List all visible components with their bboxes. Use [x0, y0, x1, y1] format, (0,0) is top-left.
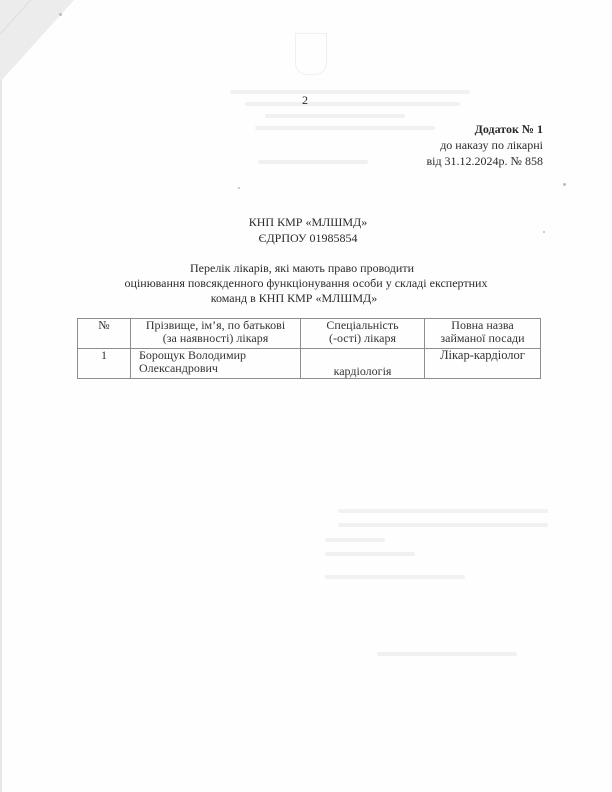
page-number: 2 — [302, 93, 308, 107]
header-specialty: Спеціальність (-ості) лікаря — [301, 319, 425, 349]
show-through-line — [265, 114, 405, 118]
header-number-label: № — [98, 318, 109, 332]
show-through-line — [377, 652, 517, 656]
show-through-line — [325, 552, 415, 556]
appendix-order-date: від 31.12.2024р. № 858 — [426, 154, 543, 168]
table-row: 1 Борощук Володимир Олександрович кардіо… — [78, 349, 541, 379]
doctors-table: № Прізвище, ім’я, по батькові (за наявно… — [77, 318, 541, 379]
document-page: 2 Додаток № 1 до наказу по лікарні від 3… — [0, 0, 612, 792]
folded-corner — [0, 0, 74, 82]
table-header-row: № Прізвище, ім’я, по батькові (за наявно… — [78, 319, 541, 349]
organization-name: КНП КМР «МЛШМД» — [2, 215, 612, 229]
list-title-line2: оцінювання повсякденного функціонування … — [0, 276, 612, 290]
cell-name: Борощук Володимир Олександрович — [131, 349, 301, 379]
cell-position: Лікар-кардіолог — [425, 349, 541, 379]
header-name: Прізвище, ім’я, по батькові (за наявност… — [131, 319, 301, 349]
show-through-line — [325, 538, 385, 542]
show-through-line — [245, 102, 460, 106]
show-through-emblem — [295, 33, 327, 75]
appendix-title: Додаток № 1 — [475, 122, 543, 136]
show-through-line — [325, 575, 465, 579]
organization-edrpou: ЄДРПОУ 01985854 — [2, 231, 612, 245]
scan-speck — [563, 183, 566, 186]
list-title-line3: команд в КНП КМР «МЛШМД» — [0, 291, 600, 305]
cell-name-line2: Олександрович — [139, 362, 300, 375]
header-position-line2: займаної посади — [425, 332, 540, 345]
show-through-line — [230, 90, 470, 94]
header-number: № — [78, 319, 131, 349]
header-name-line2: (за наявності) лікаря — [131, 332, 300, 345]
scan-speck — [238, 187, 240, 189]
scan-speck — [59, 13, 62, 16]
header-position: Повна назва займаної посади — [425, 319, 541, 349]
header-specialty-line2: (-ості) лікаря — [301, 332, 424, 345]
scan-edge — [0, 0, 2, 792]
list-title-line1: Перелік лікарів, які мають право проводи… — [0, 261, 608, 275]
show-through-line — [258, 160, 368, 164]
cell-specialty: кардіологія — [301, 349, 425, 379]
show-through-line — [255, 126, 435, 130]
show-through-line — [338, 523, 548, 527]
show-through-line — [338, 509, 548, 513]
appendix-order-reference: до наказу по лікарні — [440, 138, 543, 152]
cell-number: 1 — [78, 349, 131, 379]
